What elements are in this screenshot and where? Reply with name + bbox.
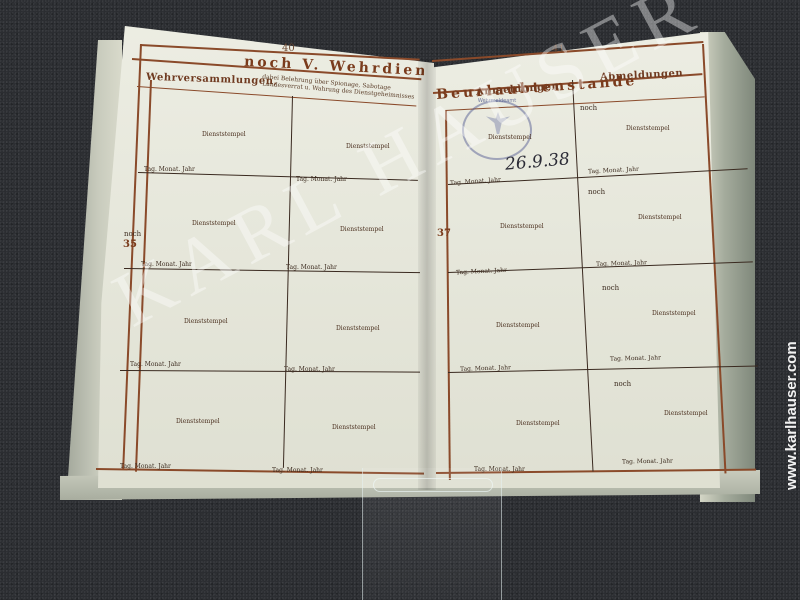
date-label: Tag. Monat. Jahr: [130, 361, 181, 368]
watermark-url: www.karlhauser.com: [783, 341, 800, 490]
date-label: Tag. Monat. Jahr: [286, 264, 337, 271]
stamp-label: Dienststempel: [176, 418, 220, 425]
date-label: Tag. Monat. Jahr: [284, 366, 335, 373]
stamp-label: Dienststempel: [332, 424, 376, 431]
page-number-left: 40: [282, 43, 295, 54]
stamp-label: Dienststempel: [652, 310, 696, 317]
stamp-label: Dienststempel: [336, 325, 380, 332]
date-label: Tag. Monat. Jahr: [272, 467, 323, 474]
acrylic-display-stand: [362, 468, 502, 600]
noch-marker: noch: [588, 188, 605, 196]
date-label: Tag. Monat. Jahr: [610, 354, 661, 362]
stand-slot: [373, 478, 493, 492]
stamp-label: Dienststempel: [500, 223, 544, 230]
row-number-37: 37: [437, 228, 451, 239]
date-label: Tag. Monat. Jahr: [120, 463, 171, 470]
noch-marker: noch: [602, 284, 619, 292]
stamp-label: Dienststempel: [626, 125, 670, 132]
stamp-label: Dienststempel: [516, 420, 560, 427]
stamp-label: Dienststempel: [202, 131, 246, 138]
row-marker-noch: noch: [124, 230, 141, 238]
date-label: Tag. Monat. Jahr: [622, 458, 673, 466]
stamp-label: Dienststempel: [496, 322, 540, 329]
noch-marker: noch: [614, 380, 631, 388]
date-label: Tag. Monat. Jahr: [144, 166, 195, 173]
stamp-label: Dienststempel: [638, 214, 682, 221]
stamp-label: Dienststempel: [184, 318, 228, 325]
photo-scene: 40 noch V. Wehrdienst im Wehrversammlung…: [0, 0, 800, 600]
stamp-label: Dienststempel: [664, 410, 708, 417]
